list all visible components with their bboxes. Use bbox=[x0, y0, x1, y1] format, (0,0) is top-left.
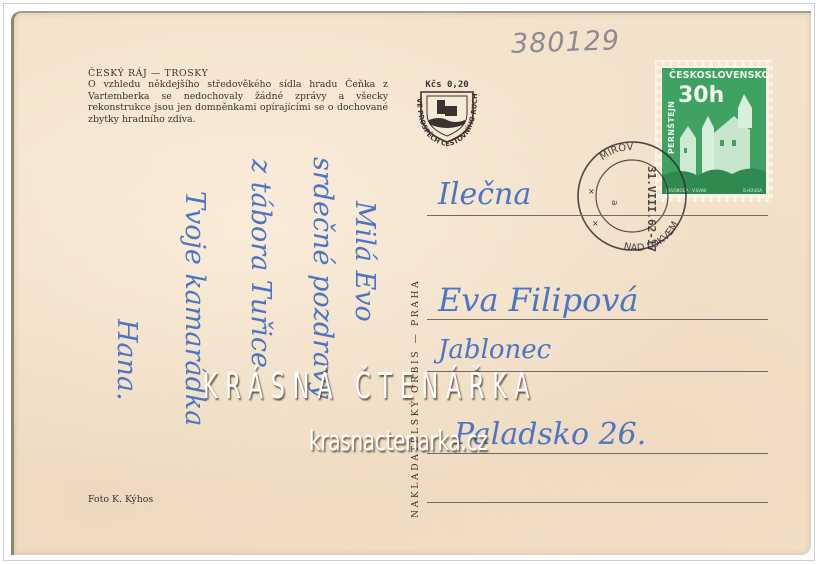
caption-title: ČESKÝ RÁJ — TROSKY bbox=[88, 68, 388, 79]
address-line-1 bbox=[427, 215, 768, 216]
caption-body: O vzhledu někdejšího středověkého sídla … bbox=[88, 79, 388, 125]
postmark-icon: MIROV NAD LOKVEM 31.VIII.62-17 a × × bbox=[572, 136, 692, 256]
svg-text:×: × bbox=[588, 187, 595, 196]
message-line-2: srdečné pozdravy bbox=[307, 157, 338, 399]
address-salutation: Ilečna bbox=[438, 177, 531, 212]
address-line-2 bbox=[427, 319, 768, 320]
address-name: Eva Filipová bbox=[438, 281, 639, 319]
stamp-value: 30h bbox=[678, 83, 724, 108]
tax-price: Kčs 0,20 bbox=[425, 79, 468, 90]
postmark-date: 31.VIII.62-17 bbox=[645, 166, 658, 252]
inventory-number: 380129 bbox=[510, 25, 620, 60]
svg-text:×: × bbox=[592, 219, 599, 228]
message-line-3: z tábora Tuřice bbox=[245, 159, 276, 368]
address-city: Jablonec bbox=[438, 335, 551, 365]
stamp-credit-right: B.HOUDA bbox=[743, 188, 762, 193]
postmark-code: a bbox=[609, 200, 619, 206]
watermark-brand: KRÁSNÁ ČTENÁŘKA bbox=[203, 366, 537, 407]
watermark-url: krasnactenarka.cz bbox=[309, 424, 487, 457]
castle-shield-icon: Kčs 0,20 VE PROSPĚCH CESTOVNÍHO RUCHU bbox=[407, 70, 487, 150]
postcard-back: ČESKÝ RÁJ — TROSKY O vzhledu někdejšího … bbox=[11, 11, 811, 555]
photo-credit: Foto K. Kýhos bbox=[88, 494, 153, 505]
printed-caption: ČESKÝ RÁJ — TROSKY O vzhledu někdejšího … bbox=[88, 68, 388, 125]
stamp-country: ČESKOSLOVENSKO bbox=[669, 70, 766, 81]
message-signature: Hana. bbox=[111, 319, 142, 401]
message-line-1: Milá Evo bbox=[349, 201, 380, 322]
address-line-5 bbox=[427, 502, 768, 503]
